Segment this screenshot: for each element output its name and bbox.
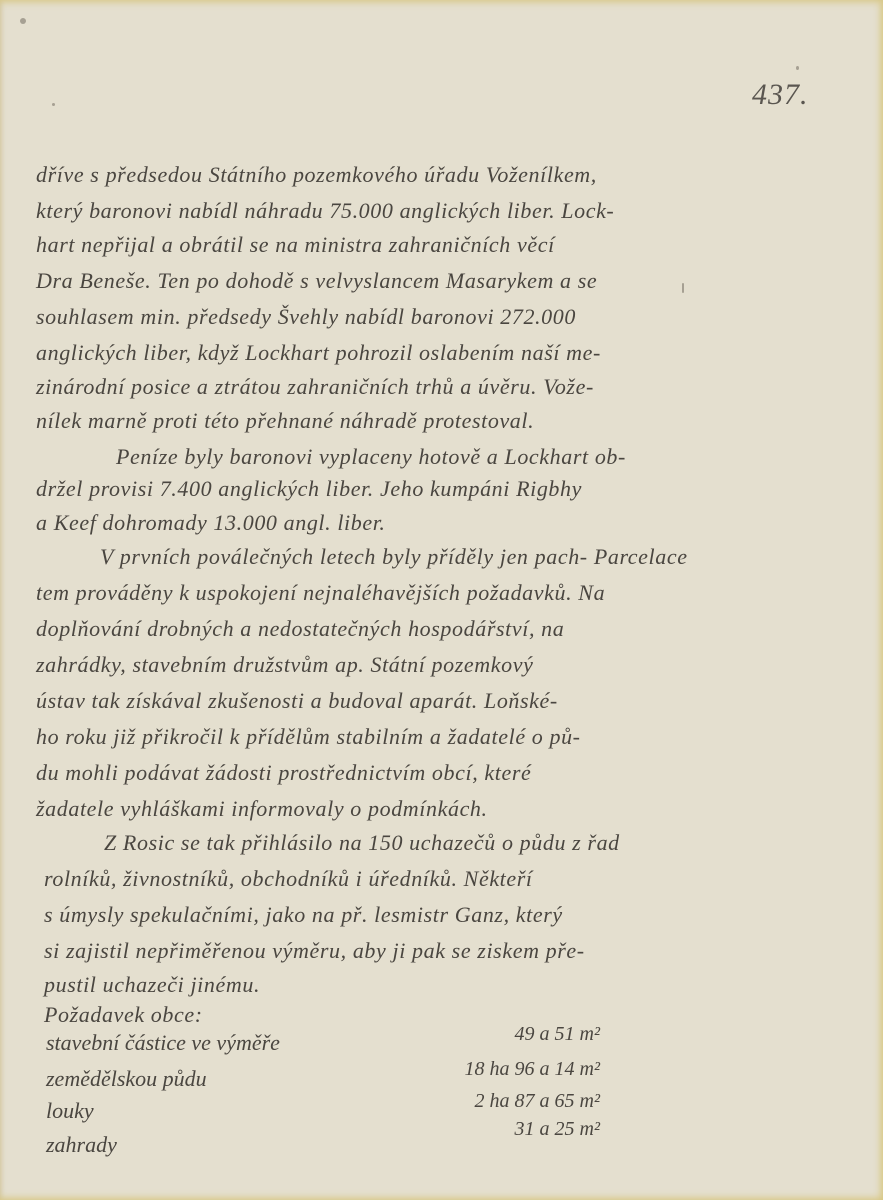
text-line: ho roku již přikročil k přídělům stabiln… (36, 724, 581, 750)
request-item-value: 49 a 51 m² (515, 1023, 600, 1046)
text-line: tem prováděny k uspokojení nejnaléhavějš… (36, 580, 605, 606)
text-line: Peníze byly baronovi vyplaceny hotově a … (116, 444, 626, 470)
request-item-value: 2 ha 87 a 65 m² (475, 1090, 600, 1113)
text-line: hart nepřijal a obrátil se na ministra z… (36, 232, 555, 258)
paper-spot (20, 18, 26, 24)
text-line: dříve s předsedou Státního pozemkového ú… (36, 162, 597, 188)
ink-mark (682, 283, 684, 293)
request-heading: Požadavek obce: (44, 1002, 203, 1028)
request-item-value: 31 a 25 m² (515, 1118, 600, 1141)
text-line: doplňování drobných a nedostatečných hos… (36, 616, 564, 642)
text-line: Dra Beneše. Ten po dohodě s velvyslancem… (36, 268, 597, 294)
text-line: du mohli podávat žádosti prostřednictvím… (36, 760, 531, 786)
text-line: zinárodní posice a ztrátou zahraničních … (36, 374, 594, 400)
text-line: zahrádky, stavebním družstvům ap. Státní… (36, 652, 533, 678)
text-line: nílek marně proti této přehnané náhradě … (36, 408, 534, 434)
text-line: anglických liber, když Lockhart pohrozil… (36, 340, 601, 366)
text-line: žadatele vyhláškami informovaly o podmín… (36, 796, 488, 822)
text-line: Z Rosic se tak přihlásilo na 150 uchazeč… (104, 830, 620, 856)
request-item-label: zemědělskou půdu (46, 1066, 207, 1092)
paper-spot (52, 103, 55, 106)
text-line: ústav tak získával zkušenosti a budoval … (36, 688, 558, 714)
request-item-value: 18 ha 96 a 14 m² (465, 1058, 600, 1081)
text-line: a Keef dohromady 13.000 angl. liber. (36, 510, 386, 536)
text-line: který baronovi nabídl náhradu 75.000 ang… (36, 198, 614, 224)
text-line: si zajistil nepřiměřenou výměru, aby ji … (44, 938, 585, 964)
request-item-label: zahrady (46, 1132, 117, 1158)
request-item-label: stavební částice ve výměře (46, 1030, 280, 1056)
request-item-label: louky (46, 1098, 94, 1124)
manuscript-page: 437. dříve s předsedou Státního pozemkov… (0, 0, 883, 1200)
text-line: držel provisi 7.400 anglických liber. Je… (36, 476, 582, 502)
text-line: V prvních poválečných letech byly příděl… (100, 544, 688, 570)
text-line: s úmysly spekulačními, jako na př. lesmi… (44, 902, 563, 928)
text-line: souhlasem min. předsedy Švehly nabídl ba… (36, 304, 576, 330)
page-number: 437. (752, 78, 809, 112)
text-line: pustil uchazeči jinému. (44, 972, 260, 998)
text-line: rolníků, živnostníků, obchodníků i úředn… (44, 866, 533, 892)
paper-spot (796, 66, 799, 70)
